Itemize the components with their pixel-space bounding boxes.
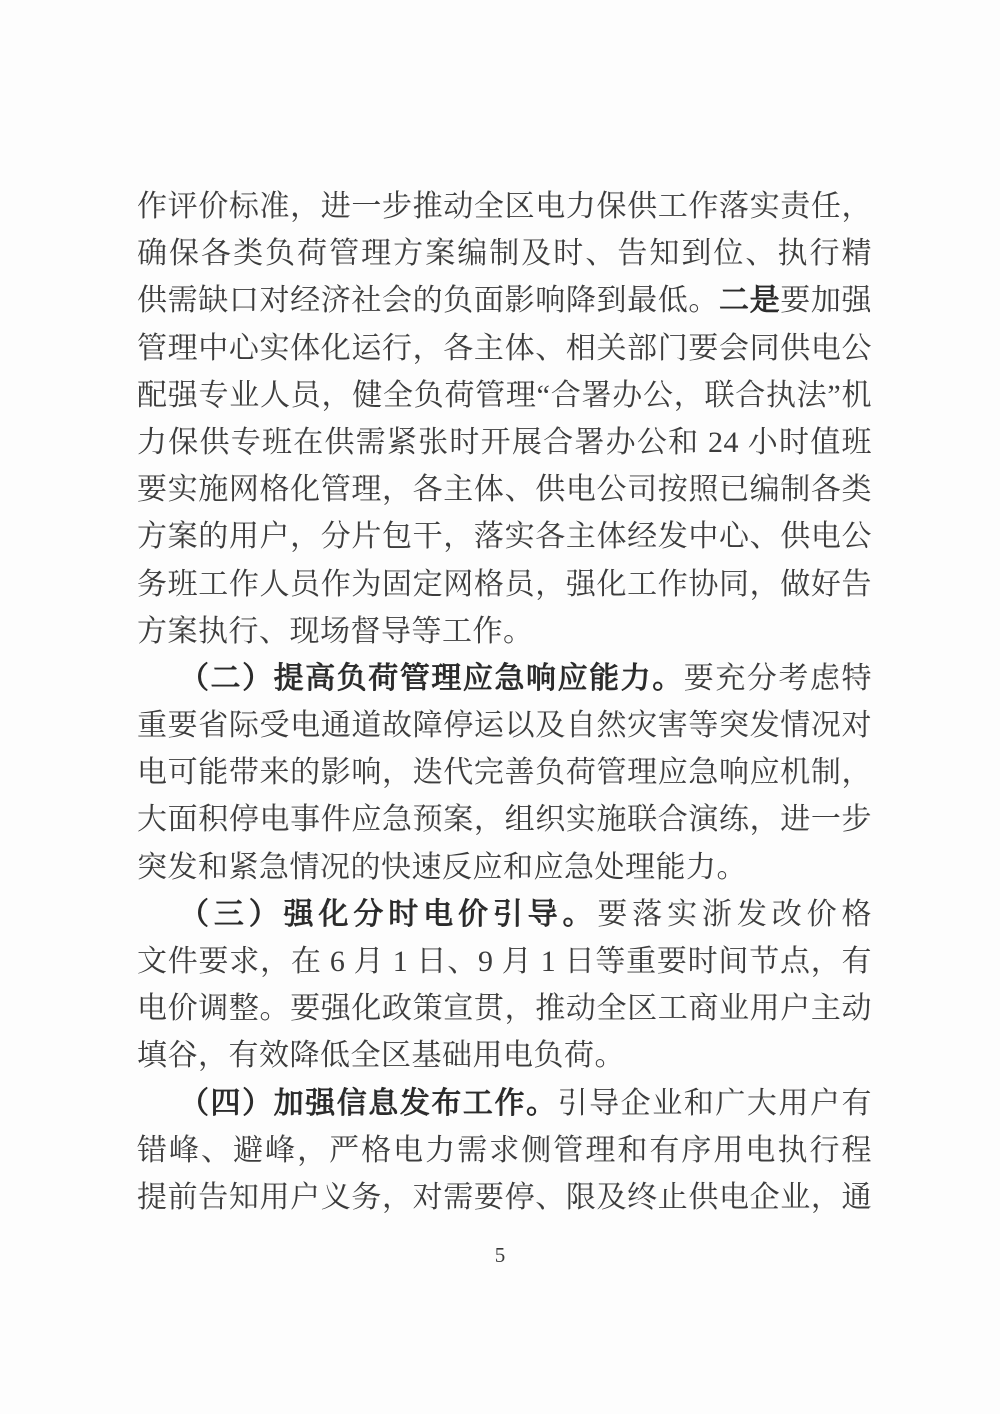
text-run: 电价调整。要强化政策宣贯，推动全区工商业用户主动开展削峰 xyxy=(137,992,872,1032)
text-line: 要实施网格化管理，各主体、供电公司按照已编制各类负荷管理 xyxy=(137,466,872,513)
text-line: 方案执行、现场督导等工作。 xyxy=(137,608,872,655)
text-line: 管理中心实体化运行，各主体、相关部门要会同供电公司，配齐 xyxy=(137,325,872,372)
text-run: 大面积停电事件应急预案，组织实施联合演练，进一步提高应对 xyxy=(137,803,872,843)
text-run: 提前告知用户义务，对需要停、限及终止供电企业，通过公告、 xyxy=(137,1181,872,1221)
text-line: 务班工作人员作为固定网格员，强化工作协同，做好告知书签订、 xyxy=(137,561,872,608)
text-line: 重要省际受电通道故障停运以及自然灾害等突发情况对本地供用 xyxy=(137,702,872,749)
text-run: 填谷，有效降低全区基础用电负荷。 xyxy=(137,1039,625,1072)
text-line: 确保各类负荷管理方案编制及时、告知到位、执行精准，将电力 xyxy=(137,230,872,277)
text-line: 填谷，有效降低全区基础用电负荷。 xyxy=(137,1032,872,1079)
text-line: 配强专业人员，健全负荷管理“合署办公，联合执法”机制，电 xyxy=(137,372,872,419)
text-run: 配强专业人员，健全负荷管理“合署办公，联合执法”机制，电 xyxy=(137,379,872,419)
text-line: （二）提高负荷管理应急响应能力。要充分考虑特高压以及 xyxy=(137,655,872,702)
text-run: 作评价标准，进一步推动全区电力保供工作落实责任，主动作为， xyxy=(137,190,872,230)
bold-text-run: （二）提高负荷管理应急响应能力。 xyxy=(179,662,684,695)
text-run: 力保供专班在供需紧张时开展合署办公和 24 小时值班值守。 xyxy=(137,426,872,466)
text-line: 作评价标准，进一步推动全区电力保供工作落实责任，主动作为， xyxy=(137,183,872,230)
text-line: 电可能带来的影响，迭代完善负荷管理应急响应机制，启动修编 xyxy=(137,749,872,796)
text-run: 方案的用户，分片包干，落实各主体经发中心、供电公司政企服 xyxy=(137,520,872,560)
page-number: 5 xyxy=(0,1242,1000,1268)
text-run: 错峰、避峰，严格电力需求侧管理和有序用电执行程序，履行 xyxy=(137,1134,872,1174)
text-run: 文件要求，在 6 月 1 日、9 月 1 日等重要时间节点，有序完成分时 xyxy=(137,945,872,985)
bold-text-run: （四）加强信息发布工作。 xyxy=(179,1087,558,1120)
text-run: 重要省际受电通道故障停运以及自然灾害等突发情况对本地供用 xyxy=(137,709,872,749)
text-run: 确保各类负荷管理方案编制及时、告知到位、执行精准，将电力 xyxy=(137,237,872,277)
text-run: 要实施网格化管理，各主体、供电公司按照已编制各类负荷管理 xyxy=(137,473,872,513)
text-run: 管理中心实体化运行，各主体、相关部门要会同供电公司，配齐 xyxy=(137,332,872,372)
text-line: 文件要求，在 6 月 1 日、9 月 1 日等重要时间节点，有序完成分时 xyxy=(137,938,872,985)
text-line: 错峰、避峰，严格电力需求侧管理和有序用电执行程序，履行 xyxy=(137,1127,872,1174)
text-line: 供需缺口对经济社会的负面影响降到最低。二是要加强电力负荷 xyxy=(137,277,872,324)
text-line: 力保供专班在供需紧张时开展合署办公和 24 小时值班值守。三是 xyxy=(137,419,872,466)
document-page: 作评价标准，进一步推动全区电力保供工作落实责任，主动作为，确保各类负荷管理方案编… xyxy=(0,0,1000,1414)
text-line: （四）加强信息发布工作。引导企业和广大用户有序开展 xyxy=(137,1080,872,1127)
text-line: 大面积停电事件应急预案，组织实施联合演练，进一步提高应对 xyxy=(137,796,872,843)
text-line: （三）强化分时电价引导。要落实浙发改价格〔2025〕21 号 xyxy=(137,891,872,938)
text-line: 提前告知用户义务，对需要停、限及终止供电企业，通过公告、 xyxy=(137,1174,872,1221)
document-body: 作评价标准，进一步推动全区电力保供工作落实责任，主动作为，确保各类负荷管理方案编… xyxy=(137,183,872,1221)
text-run: 务班工作人员作为固定网格员，强化工作协同，做好告知书签订、 xyxy=(137,568,872,608)
bold-text-run: （三）强化分时电价引导。 xyxy=(179,898,597,931)
text-line: 突发和紧急情况的快速反应和应急处理能力。 xyxy=(137,844,872,891)
text-line: 方案的用户，分片包干，落实各主体经发中心、供电公司政企服 xyxy=(137,513,872,560)
text-line: 电价调整。要强化政策宣贯，推动全区工商业用户主动开展削峰 xyxy=(137,985,872,1032)
text-run: 电可能带来的影响，迭代完善负荷管理应急响应机制，启动修编 xyxy=(137,756,872,796)
text-run: 突发和紧急情况的快速反应和应急处理能力。 xyxy=(137,851,747,884)
text-run: 供需缺口对经济社会的负面影响降到最低。 xyxy=(137,284,719,317)
text-run: 方案执行、现场督导等工作。 xyxy=(137,615,534,648)
bold-text-run: 二是 xyxy=(719,284,780,317)
